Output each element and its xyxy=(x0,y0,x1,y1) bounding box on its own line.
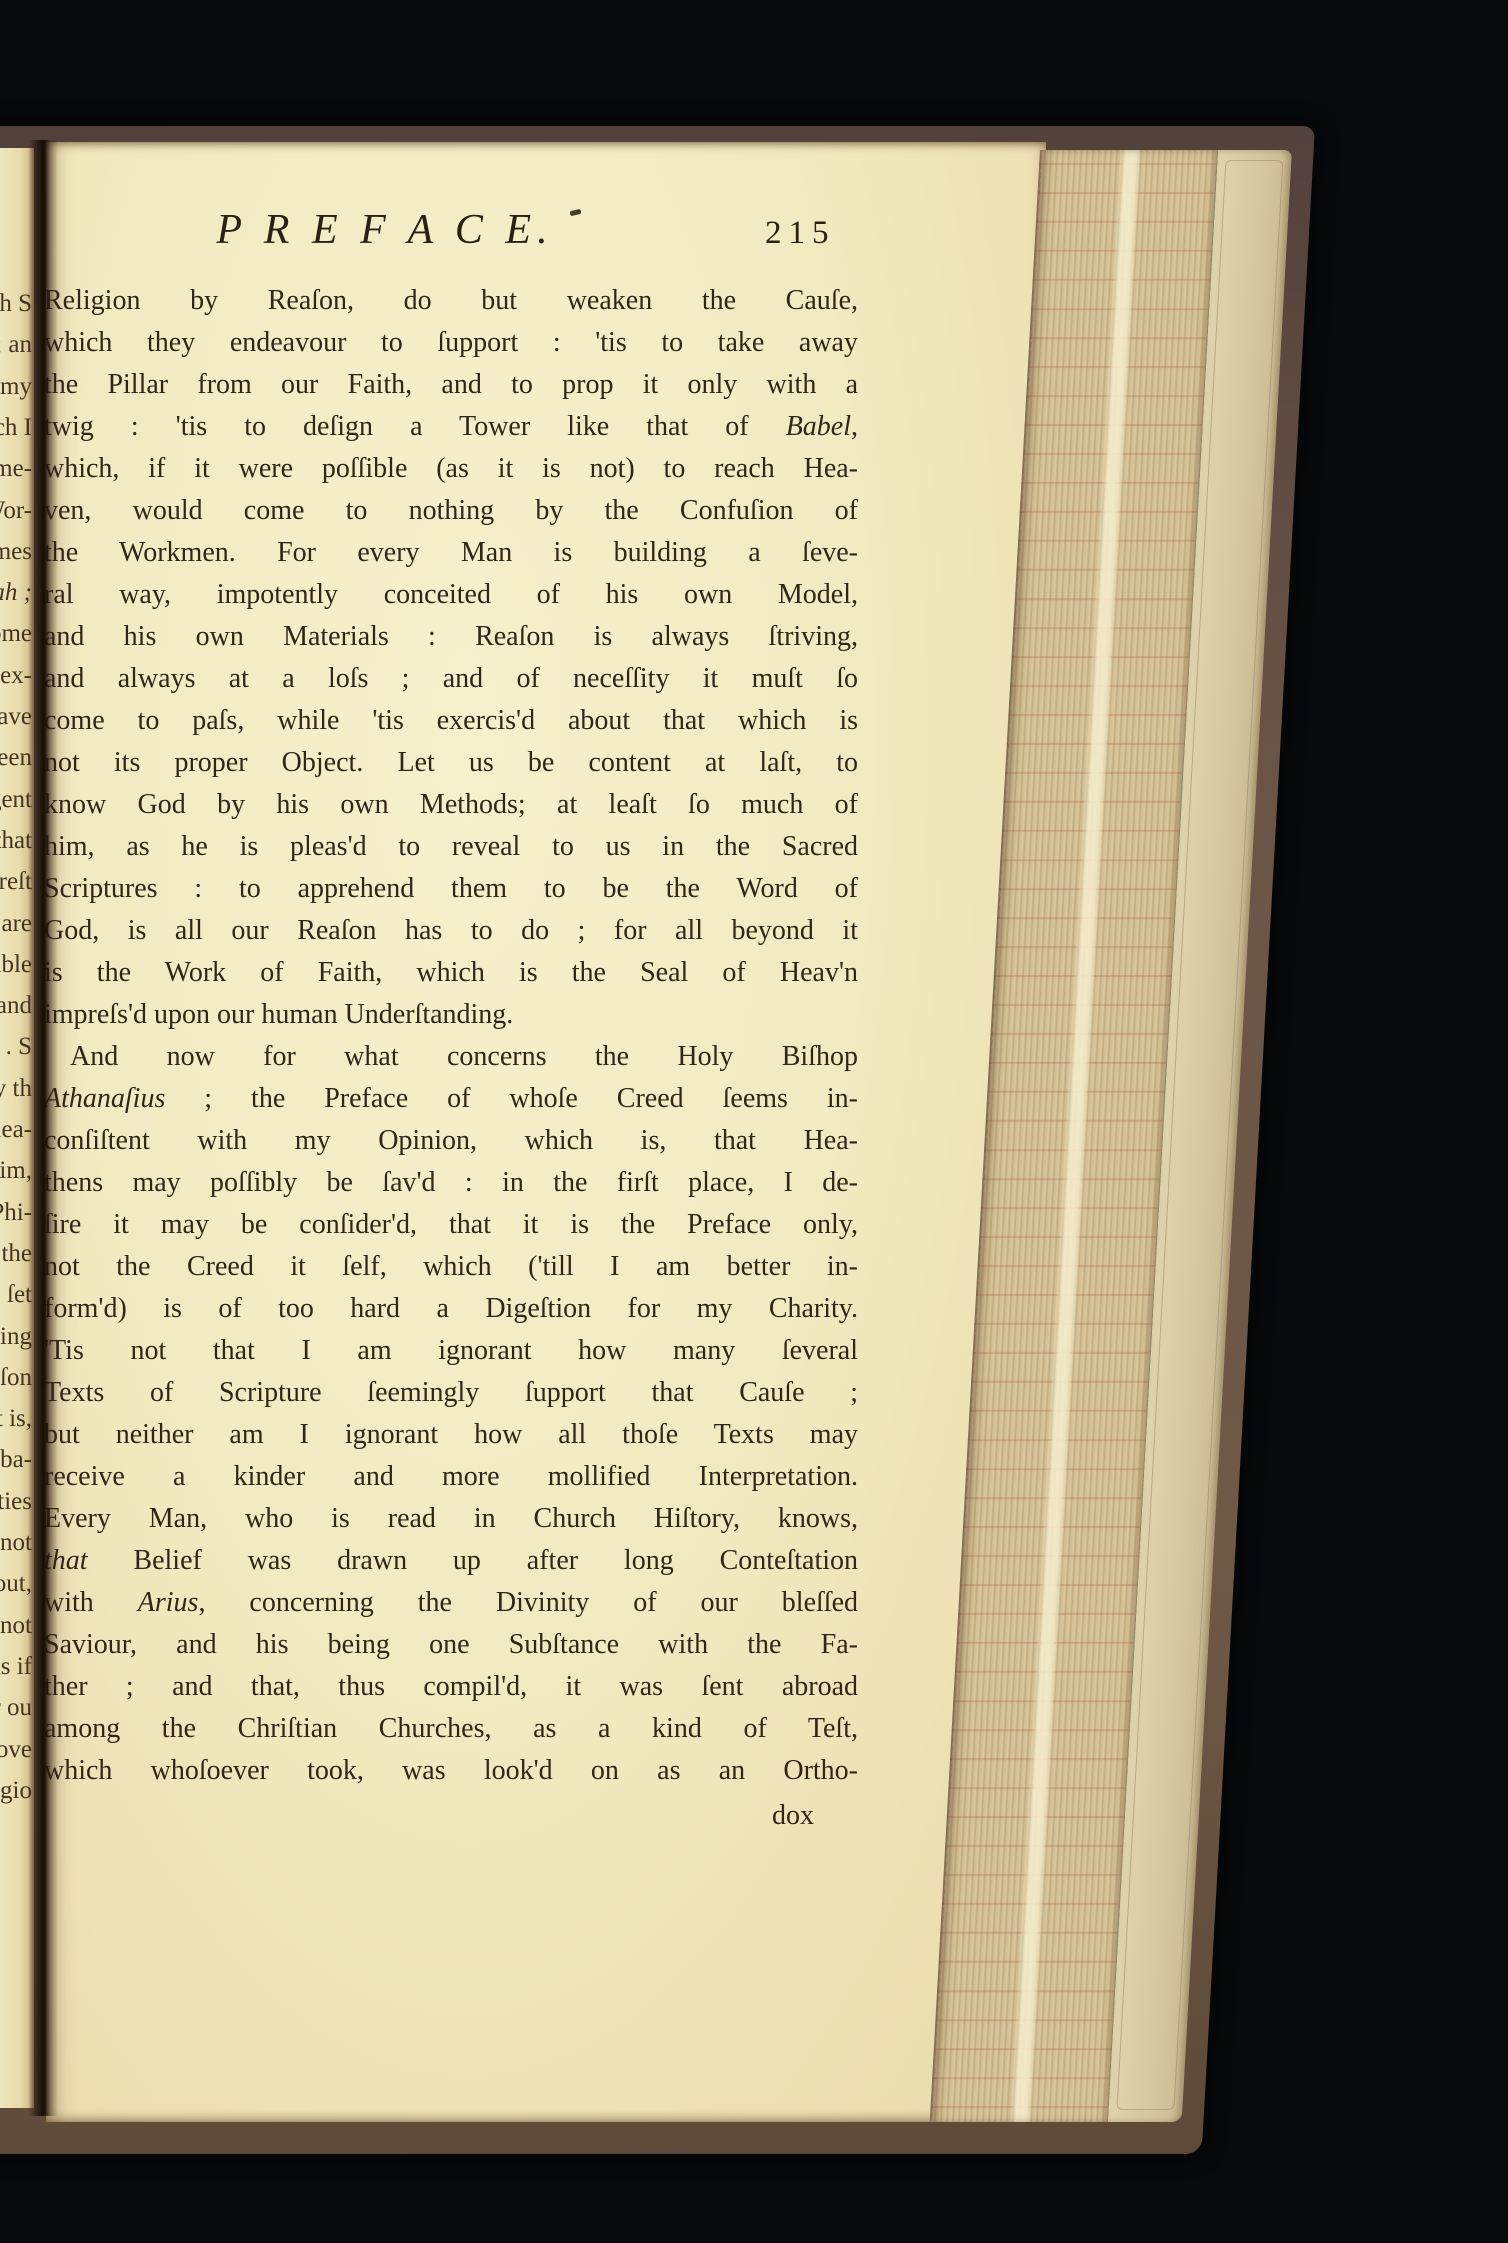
body-text-segment: receive a kinder and more mollified Inte… xyxy=(44,1461,858,1492)
body-line: thens may poſſibly be ſav'd : in the fir… xyxy=(44,1162,858,1204)
body-text-italic-segment: Babel xyxy=(786,411,851,442)
body-line: and his own Materials : Reaſon is always… xyxy=(44,616,858,658)
body-text-segment: but neither am I ignorant how all thoſe … xyxy=(44,1419,858,1450)
body-text-segment: ther ; and that, thus compil'd, it was ſ… xyxy=(44,1671,858,1702)
body-line: 'Tis not that I am ignorant how many ſev… xyxy=(44,1330,858,1372)
body-line: which whoſoever took, was look'd on as a… xyxy=(44,1750,858,1792)
body-line: the Workmen. For every Man is building a… xyxy=(44,532,858,574)
body-text-segment: ; the Preface of whoſe Creed ſeems in- xyxy=(165,1083,858,1114)
body-line: ven, would come to nothing by the Confuſ… xyxy=(44,490,858,532)
screenshot-root: { "book": { "header": { "title": "P R E … xyxy=(0,0,1508,2243)
body-line: not its proper Object. Let us be content… xyxy=(44,742,858,784)
body-text-segment: know God by his own Methods; at leaſt ſo… xyxy=(44,789,858,820)
body-text-segment: and his own Materials : Reaſon is always… xyxy=(44,621,858,652)
body-line: twig : 'tis to deſign a Tower like that … xyxy=(44,406,858,448)
page-title: P R E F A C E. xyxy=(150,206,620,254)
body-line: not the Creed it ſelf, which ('till I am… xyxy=(44,1246,858,1288)
body-text-segment: twig : 'tis to deſign a Tower like that … xyxy=(44,411,786,442)
body-line: the Pillar from our Faith, and to prop i… xyxy=(44,364,858,406)
body-line: impreſs'd upon our human Underſtanding. xyxy=(44,994,858,1036)
body-text-segment: impreſs'd upon our human Underſtanding. xyxy=(44,999,513,1030)
body-text-segment: among the Chriſtian Churches, as a kind … xyxy=(44,1713,858,1744)
body-line: ral way, impotently conceited of his own… xyxy=(44,574,858,616)
body-text: Religion by Reaſon, do but weaken the Ca… xyxy=(44,280,858,1792)
body-text-segment: Saviour, and his being one Subſtance wit… xyxy=(44,1629,858,1660)
body-line: Texts of Scripture ſeemingly ſupport tha… xyxy=(44,1372,858,1414)
body-line: that Belief was drawn up after long Cont… xyxy=(44,1540,858,1582)
body-text-segment: , xyxy=(851,411,858,442)
body-text-segment: Religion by Reaſon, do but weaken the Ca… xyxy=(44,285,858,316)
body-text-segment: conſiſtent with my Opinion, which is, th… xyxy=(44,1125,858,1156)
body-text-segment: , concerning the Divinity of our bleſſed xyxy=(198,1587,858,1618)
body-line: form'd) is of too hard a Digeſtion for m… xyxy=(44,1288,858,1330)
body-text-segment: come to paſs, while 'tis exercis'd about… xyxy=(44,705,858,736)
body-line: come to paſs, while 'tis exercis'd about… xyxy=(44,700,858,742)
body-text-segment: him, as he is pleas'd to reveal to us in… xyxy=(44,831,858,862)
body-line: which they endeavour to ſupport : 'tis t… xyxy=(44,322,858,364)
body-text-segment: is the Work of Faith, which is the Seal … xyxy=(44,957,858,988)
body-line: Scriptures : to apprehend them to be the… xyxy=(44,868,858,910)
body-text-segment: which, if it were poſſible (as it is not… xyxy=(44,453,858,484)
body-line: God, is all our Reaſon has to do ; for a… xyxy=(44,910,858,952)
body-text-segment: Scriptures : to apprehend them to be the… xyxy=(44,873,858,904)
body-text-segment: Every Man, who is read in Church Hiſtory… xyxy=(44,1503,858,1534)
body-line: conſiſtent with my Opinion, which is, th… xyxy=(44,1120,858,1162)
body-line: Saviour, and his being one Subſtance wit… xyxy=(44,1624,858,1666)
body-text-segment: the Pillar from our Faith, and to prop i… xyxy=(44,369,858,400)
body-text-segment: God, is all our Reaſon has to do ; for a… xyxy=(44,915,858,946)
body-text-segment: form'd) is of too hard a Digeſtion for m… xyxy=(44,1293,858,1324)
body-line: And now for what concerns the Holy Biſho… xyxy=(44,1036,858,1078)
catchword: dox xyxy=(44,1800,814,1832)
body-line: but neither am I ignorant how all thoſe … xyxy=(44,1414,858,1456)
body-text-segment: not its proper Object. Let us be content… xyxy=(44,747,858,778)
page-number: 215 xyxy=(765,215,836,252)
body-text-segment: the Workmen. For every Man is building a… xyxy=(44,537,858,568)
body-line: and always at a loſs ; and of neceſſity … xyxy=(44,658,858,700)
body-line: Athanaſius ; the Preface of whoſe Creed … xyxy=(44,1078,858,1120)
body-text-italic-segment: Arius xyxy=(138,1587,199,1618)
body-text-segment: not the Creed it ſelf, which ('till I am… xyxy=(44,1251,858,1282)
body-line: among the Chriſtian Churches, as a kind … xyxy=(44,1708,858,1750)
body-text-segment: Belief was drawn up after long Conteſtat… xyxy=(88,1545,858,1576)
body-text-segment: ral way, impotently conceited of his own… xyxy=(44,579,858,610)
body-text-segment: which they endeavour to ſupport : 'tis t… xyxy=(44,327,858,358)
book-photo: ch S; anf myhich Iname-Wor-lamesNoah ;ſo… xyxy=(0,0,1508,2243)
body-text-segment: 'Tis not that I am ignorant how many ſev… xyxy=(44,1335,858,1366)
body-line: ther ; and that, thus compil'd, it was ſ… xyxy=(44,1666,858,1708)
body-text-segment: with xyxy=(44,1587,138,1618)
body-line: ſire it may be conſider'd, that it is th… xyxy=(44,1204,858,1246)
body-line: Every Man, who is read in Church Hiſtory… xyxy=(44,1498,858,1540)
body-text-segment: ſire it may be conſider'd, that it is th… xyxy=(44,1209,858,1240)
body-text-segment: thens may poſſibly be ſav'd : in the fir… xyxy=(44,1167,858,1198)
body-text-segment: ven, would come to nothing by the Confuſ… xyxy=(44,495,858,526)
gutter-shadow xyxy=(28,140,58,2116)
body-text-italic-segment: Athanaſius xyxy=(44,1083,165,1114)
body-line: know God by his own Methods; at leaſt ſo… xyxy=(44,784,858,826)
body-text-segment: Texts of Scripture ſeemingly ſupport tha… xyxy=(44,1377,858,1408)
body-line: is the Work of Faith, which is the Seal … xyxy=(44,952,858,994)
body-line: him, as he is pleas'd to reveal to us in… xyxy=(44,826,858,868)
body-text-segment: which whoſoever took, was look'd on as a… xyxy=(44,1755,858,1786)
body-line: Religion by Reaſon, do but weaken the Ca… xyxy=(44,280,858,322)
body-line: with Arius, concerning the Divinity of o… xyxy=(44,1582,858,1624)
body-text-segment: And now for what concerns the Holy Biſho… xyxy=(70,1041,858,1072)
body-line: receive a kinder and more mollified Inte… xyxy=(44,1456,858,1498)
body-text-segment: and always at a loſs ; and of neceſſity … xyxy=(44,663,858,694)
body-line: which, if it were poſſible (as it is not… xyxy=(44,448,858,490)
